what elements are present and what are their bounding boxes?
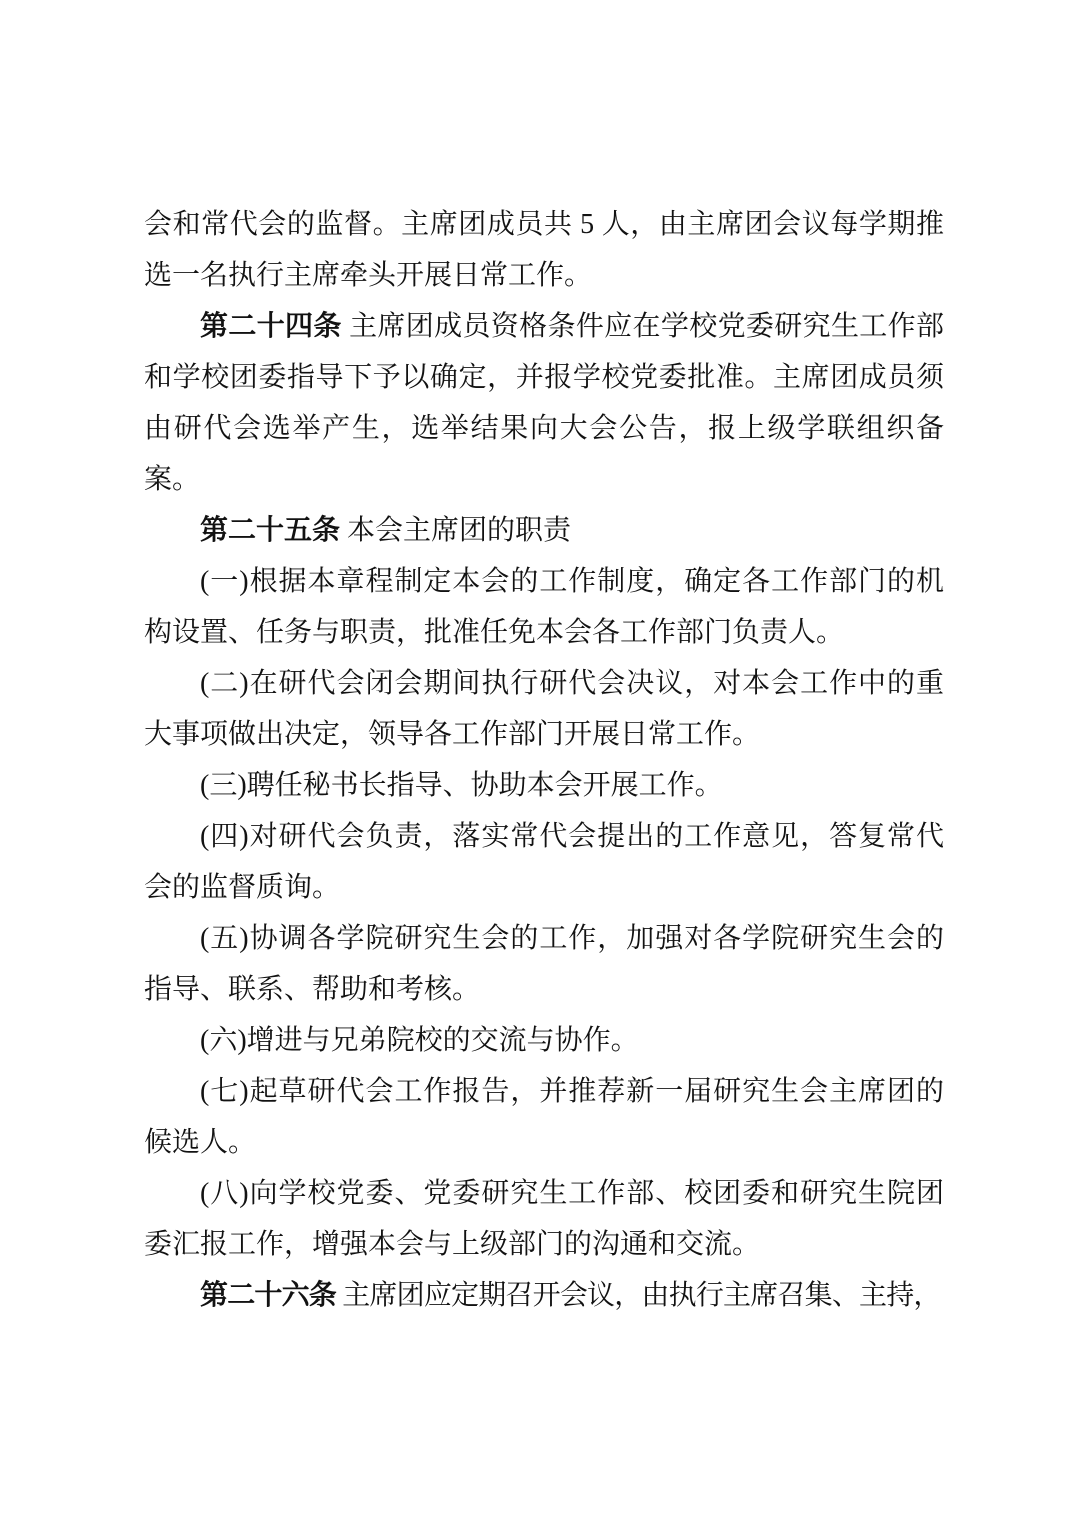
paragraph-item-7: (七)起草研代会工作报告，并推荐新一届研究生会主席团的候选人。: [144, 1066, 944, 1168]
paragraph-article-25: 第二十五条 本会主席团的职责: [144, 505, 944, 556]
paragraph-text: (五)协调各学院研究生会的工作，加强对各学院研究生会的指导、联系、帮助和考核。: [144, 923, 944, 1005]
paragraph-text: (一)根据本章程制定本会的工作制度，确定各工作部门的机构设置、任务与职责，批准任…: [144, 566, 944, 648]
paragraph-article-26: 第二十六条 主席团应定期召开会议，由执行主席召集、主持，: [144, 1270, 944, 1321]
paragraph-text: (四)对研代会负责，落实常代会提出的工作意见，答复常代会的监督质询。: [144, 821, 944, 903]
paragraph-text: (六)增进与兄弟院校的交流与协作。: [200, 1025, 639, 1056]
paragraph-item-6: (六)增进与兄弟院校的交流与协作。: [144, 1015, 944, 1066]
paragraph-continuation: 会和常代会的监督。主席团成员共 5 人，由主席团会议每学期推选一名执行主席牵头开…: [144, 199, 944, 301]
document-page: 会和常代会的监督。主席团成员共 5 人，由主席团会议每学期推选一名执行主席牵头开…: [0, 0, 1074, 1520]
paragraph-text: 主席团应定期召开会议，由执行主席召集、主持，: [336, 1280, 941, 1311]
paragraph-text: 本会主席团的职责: [340, 515, 571, 546]
article-number: 第二十六条: [200, 1280, 336, 1311]
paragraph-text: (三)聘任秘书长指导、协助本会开展工作。: [200, 770, 723, 801]
paragraph-text: (八)向学校党委、党委研究生工作部、校团委和研究生院团委汇报工作，增强本会与上级…: [144, 1178, 944, 1260]
paragraph-item-8: (八)向学校党委、党委研究生工作部、校团委和研究生院团委汇报工作，增强本会与上级…: [144, 1168, 944, 1270]
paragraph-article-24: 第二十四条 主席团成员资格条件应在学校党委研究生工作部和学校团委指导下予以确定，…: [144, 301, 944, 505]
paragraph-item-1: (一)根据本章程制定本会的工作制度，确定各工作部门的机构设置、任务与职责，批准任…: [144, 556, 944, 658]
paragraph-item-4: (四)对研代会负责，落实常代会提出的工作意见，答复常代会的监督质询。: [144, 811, 944, 913]
paragraph-text: (七)起草研代会工作报告，并推荐新一届研究生会主席团的候选人。: [144, 1076, 944, 1158]
paragraph-text: 会和常代会的监督。主席团成员共 5 人，由主席团会议每学期推选一名执行主席牵头开…: [144, 209, 944, 291]
paragraph-text: (二)在研代会闭会期间执行研代会决议，对本会工作中的重大事项做出决定，领导各工作…: [144, 668, 944, 750]
paragraph-item-3: (三)聘任秘书长指导、协助本会开展工作。: [144, 760, 944, 811]
article-number: 第二十五条: [200, 515, 340, 546]
document-body: 会和常代会的监督。主席团成员共 5 人，由主席团会议每学期推选一名执行主席牵头开…: [144, 199, 944, 1321]
article-number: 第二十四条: [200, 311, 342, 342]
paragraph-item-2: (二)在研代会闭会期间执行研代会决议，对本会工作中的重大事项做出决定，领导各工作…: [144, 658, 944, 760]
paragraph-item-5: (五)协调各学院研究生会的工作，加强对各学院研究生会的指导、联系、帮助和考核。: [144, 913, 944, 1015]
